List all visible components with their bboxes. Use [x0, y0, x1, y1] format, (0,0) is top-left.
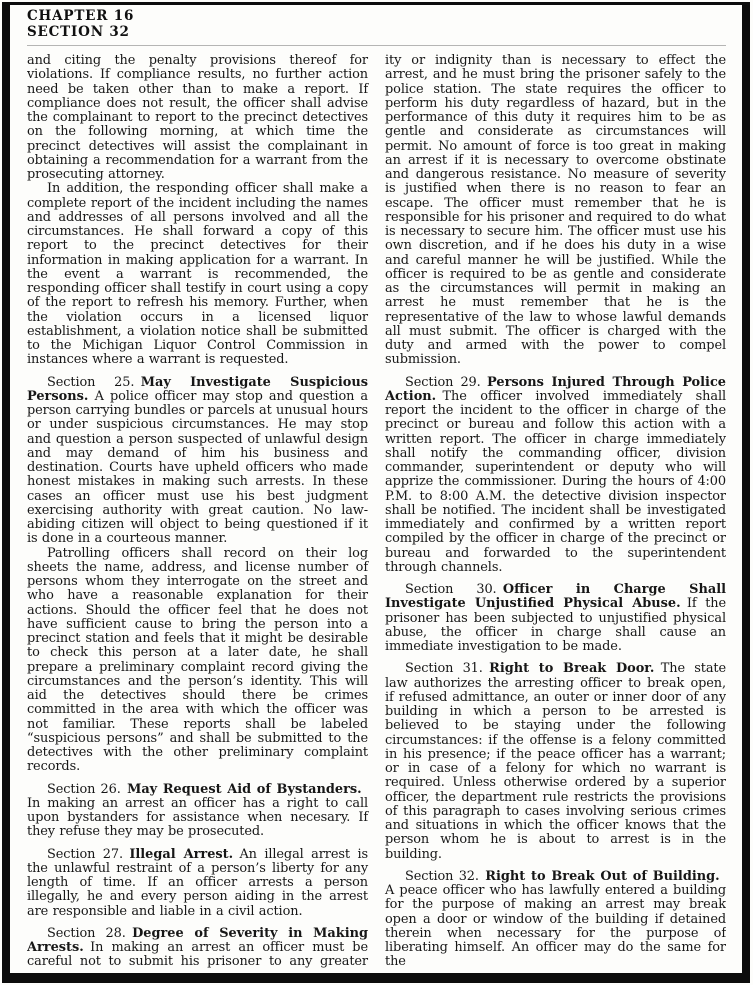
section-header: SECTION 32	[27, 24, 726, 40]
section-title: May Request Aid of Bystanders.	[127, 782, 362, 797]
section-paragraph: Section 28. Degree of Severity in Making…	[27, 927, 368, 969]
section-number: Section 26.	[47, 782, 127, 797]
section-paragraph: Section 27. Illegal Arrest. An illegal a…	[27, 848, 368, 919]
text-column-left: and citing the penalty provisions thereo…	[27, 54, 368, 969]
text-column-right: ity or indignity than is necessary to ef…	[385, 54, 726, 969]
section-number: Section 31.	[405, 661, 489, 676]
page-content: CHAPTER 16 SECTION 32 and citing the pen…	[27, 8, 726, 969]
section-title: Right to Break Door.	[489, 661, 654, 676]
section-title: Illegal Arrest.	[129, 847, 233, 862]
page-header: CHAPTER 16 SECTION 32	[27, 8, 726, 40]
paragraph: In addition, the responding officer shal…	[27, 182, 368, 367]
paragraph: Patrolling officers shall record on thei…	[27, 547, 368, 775]
header-rule	[27, 45, 726, 46]
section-number: Section 30.	[405, 582, 503, 597]
chapter-header: CHAPTER 16	[27, 8, 726, 24]
paragraph: and citing the penalty provisions thereo…	[27, 54, 368, 182]
section-paragraph: Section 30. Officer in Charge Shall Inve…	[385, 583, 726, 654]
section-number: Section 32.	[405, 869, 485, 884]
section-paragraph: Section 26. May Request Aid of Bystander…	[27, 783, 368, 840]
section-title: Right to Break Out of Building.	[485, 869, 719, 884]
section-paragraph: Section 25. May Investigate Suspicious P…	[27, 376, 368, 547]
document-page: CHAPTER 16 SECTION 32 and citing the pen…	[0, 0, 753, 985]
section-number: Section 29.	[405, 375, 487, 390]
section-number: Section 27.	[47, 847, 129, 862]
section-paragraph: Section 32. Right to Break Out of Buildi…	[385, 870, 726, 969]
section-paragraph: Section 31. Right to Break Door. The sta…	[385, 662, 726, 862]
two-column-text: and citing the penalty provisions thereo…	[27, 54, 726, 969]
section-paragraph: Section 29. Persons Injured Through Poli…	[385, 376, 726, 576]
paragraph: ity or indignity than is necessary to ef…	[385, 54, 726, 368]
section-number: Section 28.	[47, 926, 132, 941]
section-number: Section 25.	[47, 375, 141, 390]
